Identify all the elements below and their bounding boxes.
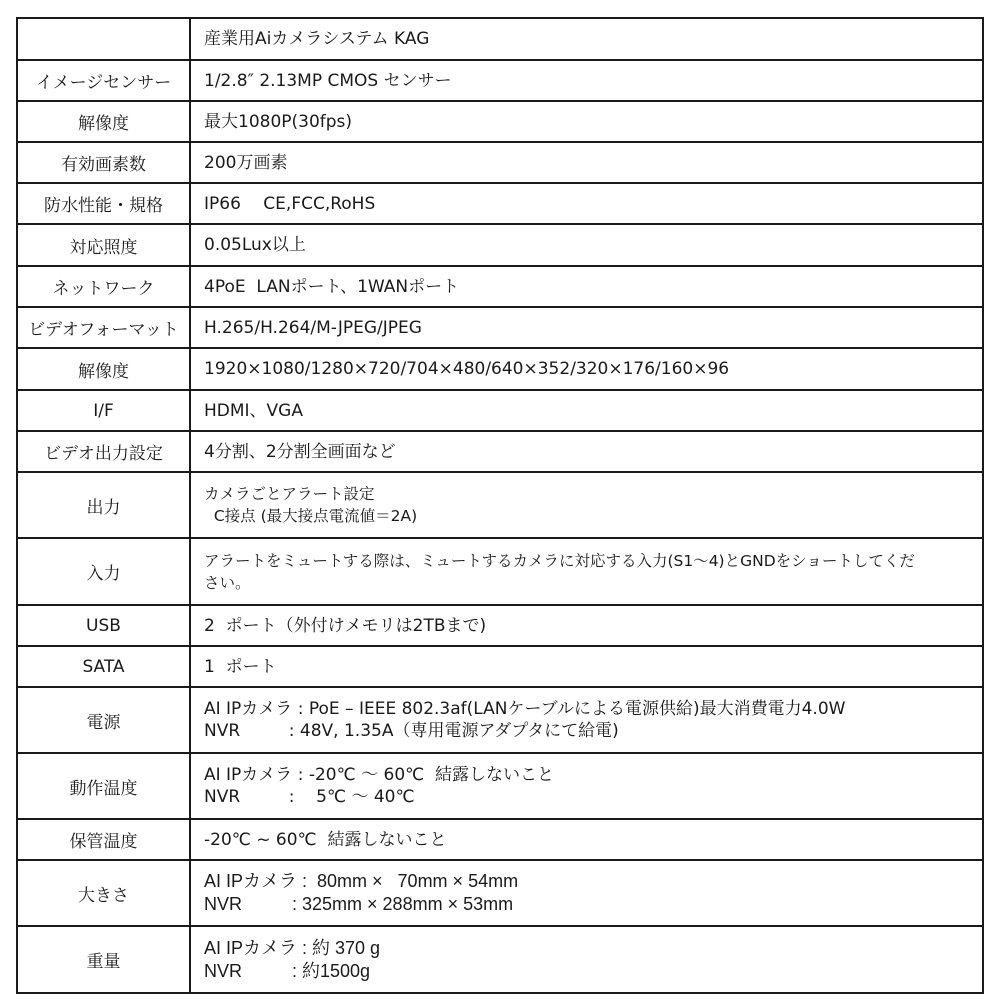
spec-value-line: NVR : 325mm × 288mm × 53mm xyxy=(204,893,982,916)
spec-value: アラートをミュートする際は、ミュートするカメラに対応する入力(S1～4)とGND… xyxy=(190,538,983,605)
spec-row-interface: I/F HDMI、VGA xyxy=(17,390,983,431)
spec-value-line: IP66 CE,FCC,RoHS xyxy=(204,193,982,215)
spec-label: 重量 xyxy=(17,926,190,993)
spec-label: ネットワーク xyxy=(17,266,190,307)
spec-value-line: 2 ポート（外付けメモリは2TBまで) xyxy=(204,615,982,637)
spec-value: AI IPカメラ : 80mm × 70mm × 54mm NVR : 325m… xyxy=(190,860,983,926)
spec-value: AI IPカメラ : 約 370 g NVR : 約1500g xyxy=(190,926,983,993)
spec-value-product-name: 産業用Aiカメラシステム KAG xyxy=(190,18,983,60)
spec-row-input: 入力 アラートをミュートする際は、ミュートするカメラに対応する入力(S1～4)と… xyxy=(17,538,983,605)
spec-value-line: AI IPカメラ : PoE – IEEE 802.3af(LANケーブルによる… xyxy=(204,698,982,720)
spec-value-line: 産業用Aiカメラシステム KAG xyxy=(204,28,982,50)
spec-value-line: NVR : 約1500g xyxy=(204,960,982,983)
spec-label: 出力 xyxy=(17,472,190,538)
spec-label: 大きさ xyxy=(17,860,190,926)
spec-value-line: C接点 (最大接点電流値＝2A) xyxy=(204,505,982,527)
spec-value: H.265/H.264/M-JPEG/JPEG xyxy=(190,307,983,348)
spec-label: 動作温度 xyxy=(17,753,190,819)
spec-value: 4分割、2分割全画面など xyxy=(190,431,983,472)
spec-value: 1 ポート xyxy=(190,646,983,687)
spec-label: USB xyxy=(17,605,190,646)
spec-label: 保管温度 xyxy=(17,819,190,860)
spec-label: 入力 xyxy=(17,538,190,605)
spec-label: ビデオ出力設定 xyxy=(17,431,190,472)
spec-row-effective-pixels: 有効画素数 200万画素 xyxy=(17,142,983,183)
spec-row-operating-temp: 動作温度 AI IPカメラ : -20℃ ～ 60℃ 結露しないこと NVR :… xyxy=(17,753,983,819)
spec-value: IP66 CE,FCC,RoHS xyxy=(190,183,983,224)
spec-value: AI IPカメラ : -20℃ ～ 60℃ 結露しないこと NVR : 5℃ ～… xyxy=(190,753,983,819)
spec-row-video-format: ビデオフォーマット H.265/H.264/M-JPEG/JPEG xyxy=(17,307,983,348)
spec-value: 4PoE LANポート、1WANポート xyxy=(190,266,983,307)
spec-value-line: 1920×1080/1280×720/704×480/640×352/320×1… xyxy=(204,358,982,380)
spec-row-power: 電源 AI IPカメラ : PoE – IEEE 802.3af(LANケーブル… xyxy=(17,687,983,753)
spec-table: 産業用Aiカメラシステム KAG イメージセンサー 1/2.8″ 2.13MP … xyxy=(16,17,984,994)
spec-value-line: カメラごとアラート設定 xyxy=(204,483,982,505)
spec-row-product-name: 産業用Aiカメラシステム KAG xyxy=(17,18,983,60)
spec-value: AI IPカメラ : PoE – IEEE 802.3af(LANケーブルによる… xyxy=(190,687,983,753)
spec-row-size: 大きさ AI IPカメラ : 80mm × 70mm × 54mm NVR : … xyxy=(17,860,983,926)
spec-value-line: NVR : 5℃ ～ 40℃ xyxy=(204,786,982,808)
spec-value-line: 4PoE LANポート、1WANポート xyxy=(204,276,982,298)
spec-value-line: AI IPカメラ : -20℃ ～ 60℃ 結露しないこと xyxy=(204,764,982,786)
spec-value: カメラごとアラート設定 C接点 (最大接点電流値＝2A) xyxy=(190,472,983,538)
spec-value-line: 0.05Lux以上 xyxy=(204,234,982,256)
spec-label: 電源 xyxy=(17,687,190,753)
spec-value: HDMI、VGA xyxy=(190,390,983,431)
spec-value-line: 1/2.8″ 2.13MP CMOS センサー xyxy=(204,70,982,92)
spec-row-sata: SATA 1 ポート xyxy=(17,646,983,687)
spec-table-body: 産業用Aiカメラシステム KAG イメージセンサー 1/2.8″ 2.13MP … xyxy=(17,18,983,993)
spec-value-line: 4分割、2分割全画面など xyxy=(204,441,982,463)
spec-label: 解像度 xyxy=(17,101,190,142)
spec-value: 2 ポート（外付けメモリは2TBまで) xyxy=(190,605,983,646)
spec-value-line: 200万画素 xyxy=(204,152,982,174)
spec-row-weight: 重量 AI IPカメラ : 約 370 g NVR : 約1500g xyxy=(17,926,983,993)
spec-value-line: -20℃ ~ 60℃ 結露しないこと xyxy=(204,829,982,851)
spec-row-video-output: ビデオ出力設定 4分割、2分割全画面など xyxy=(17,431,983,472)
spec-row-image-sensor: イメージセンサー 1/2.8″ 2.13MP CMOS センサー xyxy=(17,60,983,101)
spec-value-line: HDMI、VGA xyxy=(204,400,982,422)
spec-label: イメージセンサー xyxy=(17,60,190,101)
spec-row-usb: USB 2 ポート（外付けメモリは2TBまで) xyxy=(17,605,983,646)
spec-value-line: 1 ポート xyxy=(204,656,982,678)
spec-value: 200万画素 xyxy=(190,142,983,183)
spec-row-illumination: 対応照度 0.05Lux以上 xyxy=(17,224,983,266)
spec-label: 対応照度 xyxy=(17,224,190,266)
spec-value-line: H.265/H.264/M-JPEG/JPEG xyxy=(204,317,982,339)
spec-row-waterproof: 防水性能・規格 IP66 CE,FCC,RoHS xyxy=(17,183,983,224)
spec-value: 1/2.8″ 2.13MP CMOS センサー xyxy=(190,60,983,101)
spec-row-network: ネットワーク 4PoE LANポート、1WANポート xyxy=(17,266,983,307)
spec-label: 解像度 xyxy=(17,348,190,390)
spec-value-line: AI IPカメラ : 約 370 g xyxy=(204,937,982,960)
spec-value-line: アラートをミュートする際は、ミュートするカメラに対応する入力(S1～4)とGND… xyxy=(204,550,982,572)
spec-row-resolutions: 解像度 1920×1080/1280×720/704×480/640×352/3… xyxy=(17,348,983,390)
spec-row-output: 出力 カメラごとアラート設定 C接点 (最大接点電流値＝2A) xyxy=(17,472,983,538)
spec-value-line: 最大1080P(30fps) xyxy=(204,111,982,133)
spec-value-line: NVR : 48V, 1.35A（専用電源アダプタにて給電) xyxy=(204,720,982,742)
spec-label: I/F xyxy=(17,390,190,431)
spec-value-line: さい。 xyxy=(204,572,982,594)
spec-row-resolution-max: 解像度 最大1080P(30fps) xyxy=(17,101,983,142)
spec-label: 有効画素数 xyxy=(17,142,190,183)
spec-label: ビデオフォーマット xyxy=(17,307,190,348)
spec-value: 最大1080P(30fps) xyxy=(190,101,983,142)
spec-label: SATA xyxy=(17,646,190,687)
spec-value-line: AI IPカメラ : 80mm × 70mm × 54mm xyxy=(204,870,982,893)
spec-value: -20℃ ~ 60℃ 結露しないこと xyxy=(190,819,983,860)
spec-value: 0.05Lux以上 xyxy=(190,224,983,266)
spec-label xyxy=(17,18,190,60)
spec-label: 防水性能・規格 xyxy=(17,183,190,224)
spec-value: 1920×1080/1280×720/704×480/640×352/320×1… xyxy=(190,348,983,390)
spec-row-storage-temp: 保管温度 -20℃ ~ 60℃ 結露しないこと xyxy=(17,819,983,860)
